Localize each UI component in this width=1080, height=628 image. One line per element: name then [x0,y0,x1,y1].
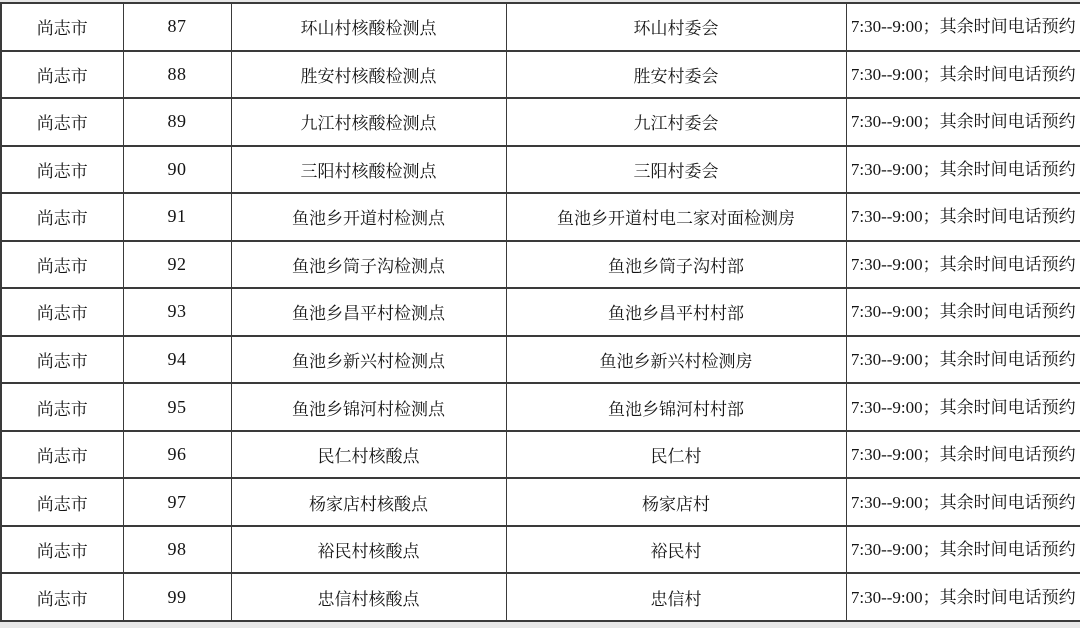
location-cell: 裕民村 [506,526,846,574]
city-cell: 尚志市 [1,383,123,431]
city-cell: 尚志市 [1,526,123,574]
table-row: 尚志市94鱼池乡新兴村检测点鱼池乡新兴村检测房7:30--9:00；其余时间电话… [1,336,1080,384]
hours-cell: 7:30--9:00；其余时间电话预约 [846,526,1080,574]
index-cell: 92 [123,241,231,289]
table-row: 尚志市97杨家店村核酸点杨家店村7:30--9:00；其余时间电话预约 [1,478,1080,526]
table-body: 尚志市87环山村核酸检测点环山村委会7:30--9:00；其余时间电话预约尚志市… [1,3,1080,621]
site-name-cell: 环山村核酸检测点 [231,3,506,51]
index-cell: 93 [123,288,231,336]
site-name-cell: 鱼池乡开道村检测点 [231,193,506,241]
index-cell: 90 [123,146,231,194]
location-cell: 三阳村委会 [506,146,846,194]
index-cell: 97 [123,478,231,526]
index-cell: 99 [123,573,231,621]
location-cell: 杨家店村 [506,478,846,526]
site-name-cell: 鱼池乡昌平村检测点 [231,288,506,336]
hours-cell: 7:30--9:00；其余时间电话预约 [846,478,1080,526]
index-cell: 89 [123,98,231,146]
site-name-cell: 杨家店村核酸点 [231,478,506,526]
table-row: 尚志市99忠信村核酸点忠信村7:30--9:00；其余时间电话预约 [1,573,1080,621]
hours-cell: 7:30--9:00；其余时间电话预约 [846,573,1080,621]
hours-cell: 7:30--9:00；其余时间电话预约 [846,336,1080,384]
site-name-cell: 鱼池乡新兴村检测点 [231,336,506,384]
page: 尚志市87环山村核酸检测点环山村委会7:30--9:00；其余时间电话预约尚志市… [0,0,1080,628]
city-cell: 尚志市 [1,241,123,289]
location-cell: 环山村委会 [506,3,846,51]
table-row: 尚志市89九江村核酸检测点九江村委会7:30--9:00；其余时间电话预约 [1,98,1080,146]
hours-cell: 7:30--9:00；其余时间电话预约 [846,288,1080,336]
city-cell: 尚志市 [1,146,123,194]
location-cell: 鱼池乡新兴村检测房 [506,336,846,384]
location-cell: 鱼池乡开道村电二家对面检测房 [506,193,846,241]
site-name-cell: 三阳村核酸检测点 [231,146,506,194]
table-row: 尚志市96民仁村核酸点民仁村7:30--9:00；其余时间电话预约 [1,431,1080,479]
site-name-cell: 民仁村核酸点 [231,431,506,479]
hours-cell: 7:30--9:00；其余时间电话预约 [846,431,1080,479]
index-cell: 94 [123,336,231,384]
hours-cell: 7:30--9:00；其余时间电话预约 [846,51,1080,99]
hours-cell: 7:30--9:00；其余时间电话预约 [846,146,1080,194]
table-row: 尚志市98裕民村核酸点裕民村7:30--9:00；其余时间电话预约 [1,526,1080,574]
location-cell: 民仁村 [506,431,846,479]
city-cell: 尚志市 [1,51,123,99]
table-row: 尚志市92鱼池乡筒子沟检测点鱼池乡筒子沟村部7:30--9:00；其余时间电话预… [1,241,1080,289]
location-cell: 鱼池乡昌平村村部 [506,288,846,336]
city-cell: 尚志市 [1,3,123,51]
city-cell: 尚志市 [1,193,123,241]
index-cell: 95 [123,383,231,431]
testing-sites-table: 尚志市87环山村核酸检测点环山村委会7:30--9:00；其余时间电话预约尚志市… [0,2,1080,622]
table-row: 尚志市88胜安村核酸检测点胜安村委会7:30--9:00；其余时间电话预约 [1,51,1080,99]
city-cell: 尚志市 [1,478,123,526]
table-row: 尚志市91鱼池乡开道村检测点鱼池乡开道村电二家对面检测房7:30--9:00；其… [1,193,1080,241]
table-row: 尚志市90三阳村核酸检测点三阳村委会7:30--9:00；其余时间电话预约 [1,146,1080,194]
hours-cell: 7:30--9:00；其余时间电话预约 [846,3,1080,51]
city-cell: 尚志市 [1,288,123,336]
location-cell: 鱼池乡锦河村村部 [506,383,846,431]
city-cell: 尚志市 [1,98,123,146]
index-cell: 96 [123,431,231,479]
index-cell: 88 [123,51,231,99]
city-cell: 尚志市 [1,431,123,479]
table-row: 尚志市93鱼池乡昌平村检测点鱼池乡昌平村村部7:30--9:00；其余时间电话预… [1,288,1080,336]
location-cell: 胜安村委会 [506,51,846,99]
index-cell: 98 [123,526,231,574]
index-cell: 91 [123,193,231,241]
site-name-cell: 胜安村核酸检测点 [231,51,506,99]
hours-cell: 7:30--9:00；其余时间电话预约 [846,383,1080,431]
location-cell: 鱼池乡筒子沟村部 [506,241,846,289]
table-row: 尚志市87环山村核酸检测点环山村委会7:30--9:00；其余时间电话预约 [1,3,1080,51]
site-name-cell: 鱼池乡筒子沟检测点 [231,241,506,289]
site-name-cell: 裕民村核酸点 [231,526,506,574]
location-cell: 忠信村 [506,573,846,621]
site-name-cell: 忠信村核酸点 [231,573,506,621]
index-cell: 87 [123,3,231,51]
location-cell: 九江村委会 [506,98,846,146]
site-name-cell: 九江村核酸检测点 [231,98,506,146]
hours-cell: 7:30--9:00；其余时间电话预约 [846,98,1080,146]
hours-cell: 7:30--9:00；其余时间电话预约 [846,193,1080,241]
site-name-cell: 鱼池乡锦河村检测点 [231,383,506,431]
table-row: 尚志市95鱼池乡锦河村检测点鱼池乡锦河村村部7:30--9:00；其余时间电话预… [1,383,1080,431]
city-cell: 尚志市 [1,573,123,621]
city-cell: 尚志市 [1,336,123,384]
hours-cell: 7:30--9:00；其余时间电话预约 [846,241,1080,289]
